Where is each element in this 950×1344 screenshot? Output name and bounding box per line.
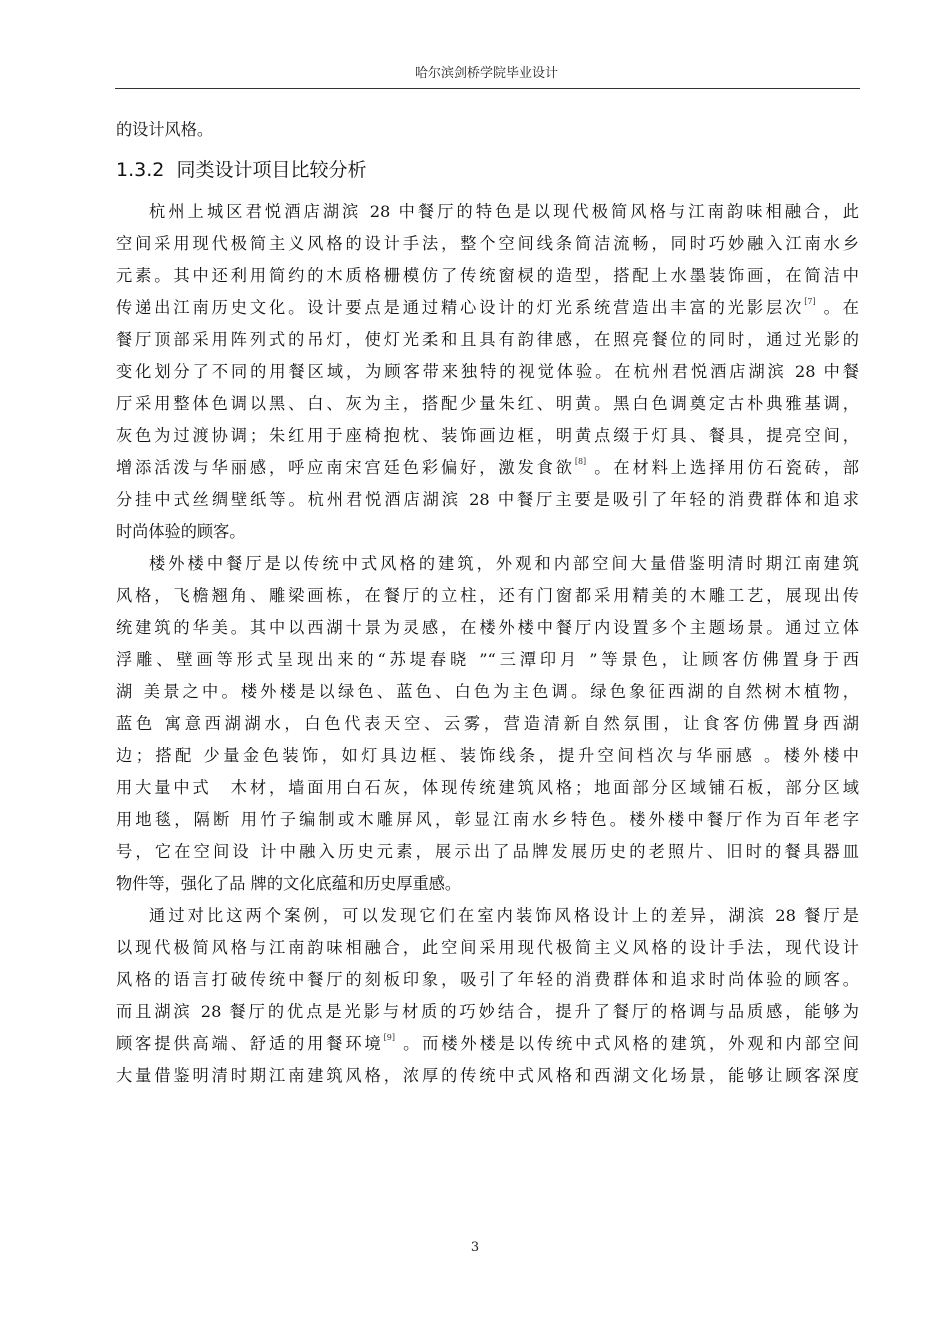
- text-line: 风格的语言打破传统中餐厅的刻板印象，吸引了年轻的消费群体和追求时尚体验的顾客。: [116, 964, 859, 996]
- text-line: 物件等，强化了品 牌的文化底蕴和历史厚重感。: [116, 868, 859, 900]
- text-segment: 传递出江南历史文化。设计要点是通过精心设计的灯光系统营造出丰富的光影层次: [116, 298, 804, 317]
- text-line: 以现代极简风格与江南韵味相融合，此空间采用现代极简主义风格的设计手法，现代设计: [116, 932, 859, 964]
- text-line: 变化划分了不同的用餐区域，为顾客带来独特的视觉体验。在杭州君悦酒店湖滨 28 中…: [116, 356, 859, 388]
- text-segment: 。在: [816, 298, 859, 317]
- text-line: 通过对比这两个案例，可以发现它们在室内装饰风格设计上的差异，湖滨 28 餐厅是: [116, 900, 859, 932]
- text-line: 边；搭配 少量金色装饰，如灯具边框、装饰线条，提升空间档次与华丽感 。楼外楼中: [116, 740, 859, 772]
- text-line: 楼外楼中餐厅是以传统中式风格的建筑，外观和内部空间大量借鉴明清时期江南建筑: [116, 548, 859, 580]
- text-line: 时尚体验的顾客。: [116, 516, 859, 548]
- paragraph-2: 楼外楼中餐厅是以传统中式风格的建筑，外观和内部空间大量借鉴明清时期江南建筑 风格…: [116, 548, 859, 900]
- section-number: 1.3.2: [116, 159, 164, 181]
- continuation-text: 的设计风格。: [116, 114, 859, 146]
- text-segment: 增添活泼与华丽感，呼应南宋宫廷色彩偏好，激发食欲: [116, 458, 575, 477]
- text-line: 顾客提供高端、舒适的用餐环境[9] 。而楼外楼是以传统中式风格的建筑，外观和内部…: [116, 1028, 859, 1060]
- text-line: 增添活泼与华丽感，呼应南宋宫廷色彩偏好，激发食欲[8] 。在材料上选择用仿石瓷砖…: [116, 452, 859, 484]
- document-body: 的设计风格。 1.3.2 同类设计项目比较分析 杭州上城区君悦酒店湖滨 28 中…: [116, 114, 859, 1092]
- text-segment: 。在材料上选择用仿石瓷砖，部: [586, 458, 859, 477]
- citation-7: [7]: [804, 297, 815, 306]
- citation-8: [8]: [575, 457, 586, 466]
- text-line: 号，它在空间设 计中融入历史元素，展示出了品牌发展历史的老照片、旧时的餐具器皿: [116, 836, 859, 868]
- text-line: 而且湖滨 28 餐厅的优点是光影与材质的巧妙结合，提升了餐厅的格调与品质感，能够…: [116, 996, 859, 1028]
- text-line: 用地毯，隔断 用竹子编制或木雕屏风，彰显江南水乡特色。楼外楼中餐厅作为百年老字: [116, 804, 859, 836]
- text-segment: 。而楼外楼是以传统中式风格的建筑，外观和内部空间: [395, 1034, 859, 1053]
- paragraph-1: 杭州上城区君悦酒店湖滨 28 中餐厅的特色是以现代极简风格与江南韵味相融合，此 …: [116, 196, 859, 548]
- text-line: 分挂中式丝绸壁纸等。杭州君悦酒店湖滨 28 中餐厅主要是吸引了年轻的消费群体和追…: [116, 484, 859, 516]
- text-line: 用大量中式 木材，墙面用白石灰，体现传统建筑风格；地面部分区域铺石板，部分区域: [116, 772, 859, 804]
- text-line: 灰色为过渡协调；朱红用于座椅抱枕、装饰画边框，明黄点缀于灯具、餐具，提亮空间，: [116, 420, 859, 452]
- section-title: 同类设计项目比较分析: [176, 159, 366, 181]
- page-number: 3: [0, 1240, 950, 1255]
- text-line: 传递出江南历史文化。设计要点是通过精心设计的灯光系统营造出丰富的光影层次[7] …: [116, 292, 859, 324]
- page-header: 哈尔滨剑桥学院毕业设计: [115, 62, 858, 88]
- header-rule: [115, 88, 860, 89]
- text-line: 杭州上城区君悦酒店湖滨 28 中餐厅的特色是以现代极简风格与江南韵味相融合，此: [116, 196, 859, 228]
- text-line: 元素。其中还利用简约的木质格栅模仿了传统窗棂的造型，搭配上水墨装饰画，在简洁中: [116, 260, 859, 292]
- text-line: 空间采用现代极简主义风格的设计手法，整个空间线条简洁流畅，同时巧妙融入江南水乡: [116, 228, 859, 260]
- citation-9: [9]: [384, 1033, 395, 1042]
- text-line: 湖 美景之中。楼外楼是以绿色、蓝色、白色为主色调。绿色象征西湖的自然树木植物，: [116, 676, 859, 708]
- text-line: 餐厅顶部采用阵列式的吊灯，使灯光柔和且具有韵律感，在照亮餐位的同时，通过光影的: [116, 324, 859, 356]
- text-segment: 顾客提供高端、舒适的用餐环境: [116, 1034, 384, 1053]
- text-line: 浮雕、壁画等形式呈现出来的“苏堤春晓 ”“三潭印月 ”等景色，让顾客仿佛置身于西: [116, 644, 859, 676]
- text-line: 厅采用整体色调以黑、白、灰为主，搭配少量朱红、明黄。黑白色调奠定古朴典雅基调，: [116, 388, 859, 420]
- section-heading: 1.3.2 同类设计项目比较分析: [116, 148, 859, 192]
- paragraph-3: 通过对比这两个案例，可以发现它们在室内装饰风格设计上的差异，湖滨 28 餐厅是 …: [116, 900, 859, 1092]
- text-line: 风格，飞檐翘角、雕梁画栋，在餐厅的立柱，还有门窗都采用精美的木雕工艺，展现出传: [116, 580, 859, 612]
- text-line: 蓝色 寓意西湖湖水，白色代表天空、云雾，营造清新自然氛围，让食客仿佛置身西湖: [116, 708, 859, 740]
- text-line: 大量借鉴明清时期江南建筑风格，浓厚的传统中式风格和西湖文化场景，能够让顾客深度: [116, 1060, 859, 1092]
- text-line: 统建筑的华美。其中以西湖十景为灵感，在楼外楼中餐厅内设置多个主题场景。通过立体: [116, 612, 859, 644]
